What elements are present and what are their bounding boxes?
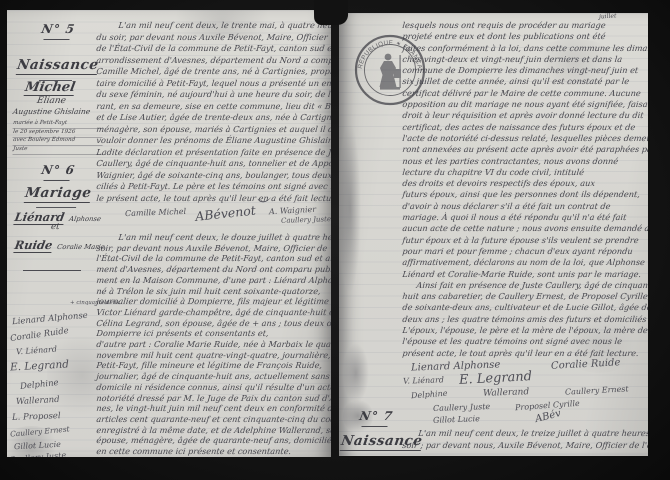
margin-signature: Caullery Juste <box>9 451 67 457</box>
groom-firstname: Alphonse <box>68 215 101 223</box>
left-page: N° 5 Naissance Michel Eliane Augustine G… <box>7 10 331 457</box>
act-text-line: Dompierre ici présents et consentants et… <box>96 328 331 339</box>
act-text-line: ciliés à Petit-Fayt. Le père et les témo… <box>96 181 331 193</box>
signature-witness: A. Waignier <box>269 205 317 216</box>
act-text-line: ches vingt-deux et vingt-neuf juin derni… <box>402 54 645 65</box>
signature-witness: Caullery Juste <box>281 215 331 225</box>
act-text-line: journalier, âgé de cinquante-huit ans, a… <box>96 371 331 382</box>
act-text-line: L'an mil neuf cent deux, le treize juill… <box>402 427 645 439</box>
act-text-line: l'épouse et les quatre témoins ont signé… <box>402 336 645 347</box>
act-text-line: vouloir donner les prénoms de Éliane Aug… <box>96 135 331 147</box>
margin-signature: E. Legrand <box>10 358 70 373</box>
act-text-line: opposition au dit mariage ne nous ayant … <box>402 99 645 110</box>
signature: Gillot Lucie <box>433 414 480 425</box>
marginal-note-line: le 20 septembre 1926 <box>13 129 104 138</box>
margin-signature: Delphine <box>20 378 60 392</box>
margin-signature: Lienard Alphonse <box>12 311 88 328</box>
act-text-line: lesquels nous ont requis de procéder au … <box>402 20 645 31</box>
act5-marginal-note: mariée à Petit-Faytle 20 septembre 1926a… <box>13 120 103 154</box>
act-text-line: six juillet de cette année, ainsi qu'il … <box>402 76 645 87</box>
act-text-line: l'État-Civil de la commune de Petit-Fayt… <box>96 253 331 264</box>
scan-background: N° 5 Naissance Michel Eliane Augustine G… <box>0 0 670 480</box>
act-text-line: Caullery, âgé de cinquante-huit ans, ton… <box>96 158 331 170</box>
act5-surname: Michel <box>24 80 77 96</box>
act-text-line: domicile ni résidence connus, ainsi qu'i… <box>96 382 331 393</box>
signature: E. Legrand <box>459 369 533 388</box>
act-text-line: mariage. À quoi il nous a été répondu qu… <box>402 212 645 223</box>
act-text-line: Liénard et Coralie-Marie Ruide, sont uni… <box>402 269 645 280</box>
act-text-line: novembre mil huit cent quatre-vingt-quat… <box>96 350 331 361</box>
act6-body-text: L'an mil neuf cent deux, le douze juille… <box>97 232 331 457</box>
act-text-line: d'autre part : Coralie Marie Ruide, née … <box>96 339 331 350</box>
act-text-line: commune de Dompierre les dimanches vingt… <box>402 65 645 76</box>
act-text-line: arrondissement d'Avesnes, département du… <box>96 55 331 67</box>
act5-number: N° 5 <box>29 22 86 40</box>
act-text-line: taire domicilié à Petit-Fayt, lequel nou… <box>96 78 331 90</box>
act7-body-text: L'an mil neuf cent deux, le treize juill… <box>403 427 645 451</box>
margin-signature: V. Liénard <box>16 345 57 357</box>
signature-mayor: ABévenot <box>194 198 270 226</box>
signature: V. Liénard <box>403 375 444 385</box>
act5-other-names: Augustine Ghislaine <box>12 107 91 116</box>
margin-signature: Coralie Ruide <box>10 326 70 344</box>
act-text-line: nous et les parties contractantes, nous … <box>402 156 645 167</box>
act-text-line: notoriété dressé par M. le Juge de Paix … <box>96 393 331 404</box>
act-text-line: ment d'Avesnes, département du Nord ont … <box>96 264 331 275</box>
marginal-note-line: mariée à Petit-Fayt <box>13 120 104 129</box>
signature: Delphine <box>411 389 448 401</box>
right-page: RÉPUBLIQUE ✶ FRANÇAISE juillet lesquels … <box>339 13 648 456</box>
act-text-line: rant, en sa demeure, sise en cette commu… <box>96 101 331 113</box>
act-text-line: projeté entre eux et dont les publicatio… <box>402 31 645 42</box>
act-text-line: L'époux, l'épouse, le père et la mère de… <box>402 325 645 336</box>
act-text-line: et de Lise Autier, âgée de trente-deux a… <box>96 112 331 124</box>
act-text-line: de l'État-Civil de la commune de Petit-F… <box>96 43 331 55</box>
act-text-line: deux ans ; les quatre témoins amis des f… <box>402 314 645 325</box>
act5-signature-block: Camille Michel ABévenot A. Waignier Caul… <box>97 202 331 232</box>
act-text-line: Camille Michel, âgé de trente ans, né à … <box>96 66 331 78</box>
act-text-line: l'acte de notoriété ci-dessus relaté, le… <box>402 133 645 144</box>
act-text-line: Waignier, âgé de soixante-cinq ans, boul… <box>96 170 331 182</box>
signature-declarant: Camille Michel <box>125 207 186 218</box>
act-text-line: journalier domicilié à Dompierre, fils m… <box>96 296 331 307</box>
act-text-line: nes, le vingt-huit juin mil neuf cent de… <box>96 403 331 414</box>
act-text-line: de soixante-deux ans, cultivateur et de … <box>402 302 645 313</box>
act6-conjunction: et <box>50 222 60 232</box>
margin-signature: Wallerand <box>16 395 60 407</box>
act-text-line: Célina Legrand, son épouse, âgée de + an… <box>96 318 331 329</box>
paper-smudge <box>339 123 361 293</box>
act-text-line: lecture du chapitre VI du code civil, in… <box>402 167 645 178</box>
margin-signature: L. Proposel <box>12 411 61 423</box>
act-text-line: articles cent quarante-neuf et cent cinq… <box>96 414 331 425</box>
marginal-note-line: avec Boulery Edmond <box>13 137 104 146</box>
act-text-line: certificat, des actes de naissance des f… <box>402 122 645 133</box>
act-text-line: soir ; par devant nous, Auxile Bévenot, … <box>402 439 645 451</box>
act-text-line: huit ans cabaretier, de Caullery Ernest,… <box>402 291 645 302</box>
act-text-line: L'an mil neuf cent deux, le trente mai, … <box>96 20 331 32</box>
act-text-line: d'avoir à nous déclarer s'il a été fait … <box>402 201 645 212</box>
act-text-line: du sexe féminin, né aujourd'hui à une he… <box>96 89 331 101</box>
margin-signature: Caullery Ernest <box>10 424 70 438</box>
act5-body-text: L'an mil neuf cent deux, le trente mai, … <box>97 20 331 204</box>
marianne-figure-icon <box>380 54 402 90</box>
paper-smudge <box>343 343 369 403</box>
act-text-line: L'an mil neuf cent deux, le douze juille… <box>96 232 331 243</box>
act7-number: N° 7 <box>349 409 402 427</box>
act-text-line: épouse, ménagère, âgée de quarante-neuf … <box>96 435 331 446</box>
bride-surname: Ruide <box>13 238 53 253</box>
act-text-line: Petit-Fayt, fille mineure et légitime de… <box>96 360 331 371</box>
act6-continued-text: lesquels nous ont requis de procéder au … <box>403 20 645 359</box>
act-text-line: né à Trélon le six juin mil huit cent so… <box>96 286 331 297</box>
act-text-line: soir, par devant nous Auxile Bévenot, Ma… <box>96 243 331 254</box>
act6-number: N° 6 <box>31 163 84 181</box>
act-text-line: ront annexées au présent acte après avoi… <box>402 144 645 155</box>
signature: Coralie Ruide <box>551 357 621 372</box>
act-text-line: droit à leur réquisition et après avoir … <box>402 110 645 121</box>
act-text-line: affirmativement, déclarons au nom de la … <box>402 257 645 268</box>
act-text-line: faites conformément à la loi, dans cette… <box>402 43 645 54</box>
signature: Caullery Juste <box>433 402 490 413</box>
act-text-line: du soir, par devant nous Auxile Bévenot,… <box>96 32 331 44</box>
act-text-line: futurs époux, ainsi que les personnes do… <box>402 189 645 200</box>
act-text-line: pour mari et pour femme ; chacun d'eux a… <box>402 246 645 257</box>
act-text-line: Ainsi fait en présence de Juste Caullery… <box>402 280 645 291</box>
act-text-line: en cette commune ici présente et consent… <box>96 446 331 457</box>
act-text-line: ménagère, son épouse, mariés à Cartignie… <box>96 124 331 136</box>
act-text-line: ment en la Maison Commune, d'une part : … <box>96 275 331 286</box>
marginal-note-line: Juste <box>13 146 104 155</box>
signature: Caullery Ernest <box>565 384 629 396</box>
act-text-line: Ladite déclaration et présentation faite… <box>96 147 331 159</box>
act-text-line: enregistré à la même date, et de Adelphi… <box>96 425 331 436</box>
act-text-line: certificat délivré par le Maire de cette… <box>402 88 645 99</box>
act6-bride-name: Ruide Coralie Marie <box>13 234 107 253</box>
act-text-line: Victor Liénard garde-champêtre, âgé de c… <box>96 307 331 318</box>
act6-type-label: Mariage <box>24 185 93 203</box>
act-text-line: futur époux et à la future épouse s'ils … <box>402 235 645 246</box>
act5-type-label: Naissance <box>16 57 100 75</box>
act6-signature-block: Lienard AlphonseCoralie RuideV. LiénardE… <box>403 359 645 429</box>
margin-signature: Gillot Lucie <box>14 440 61 451</box>
gutter-shadow <box>314 0 348 25</box>
signature: Wallerand <box>483 387 529 399</box>
act5-given-name: Eliane <box>36 96 67 106</box>
act-text-line: des droits et devoirs respectifs des épo… <box>402 178 645 189</box>
act-text-line: aucun acte de cette nature ; nous avons … <box>402 223 645 234</box>
margin-rule <box>23 270 81 271</box>
